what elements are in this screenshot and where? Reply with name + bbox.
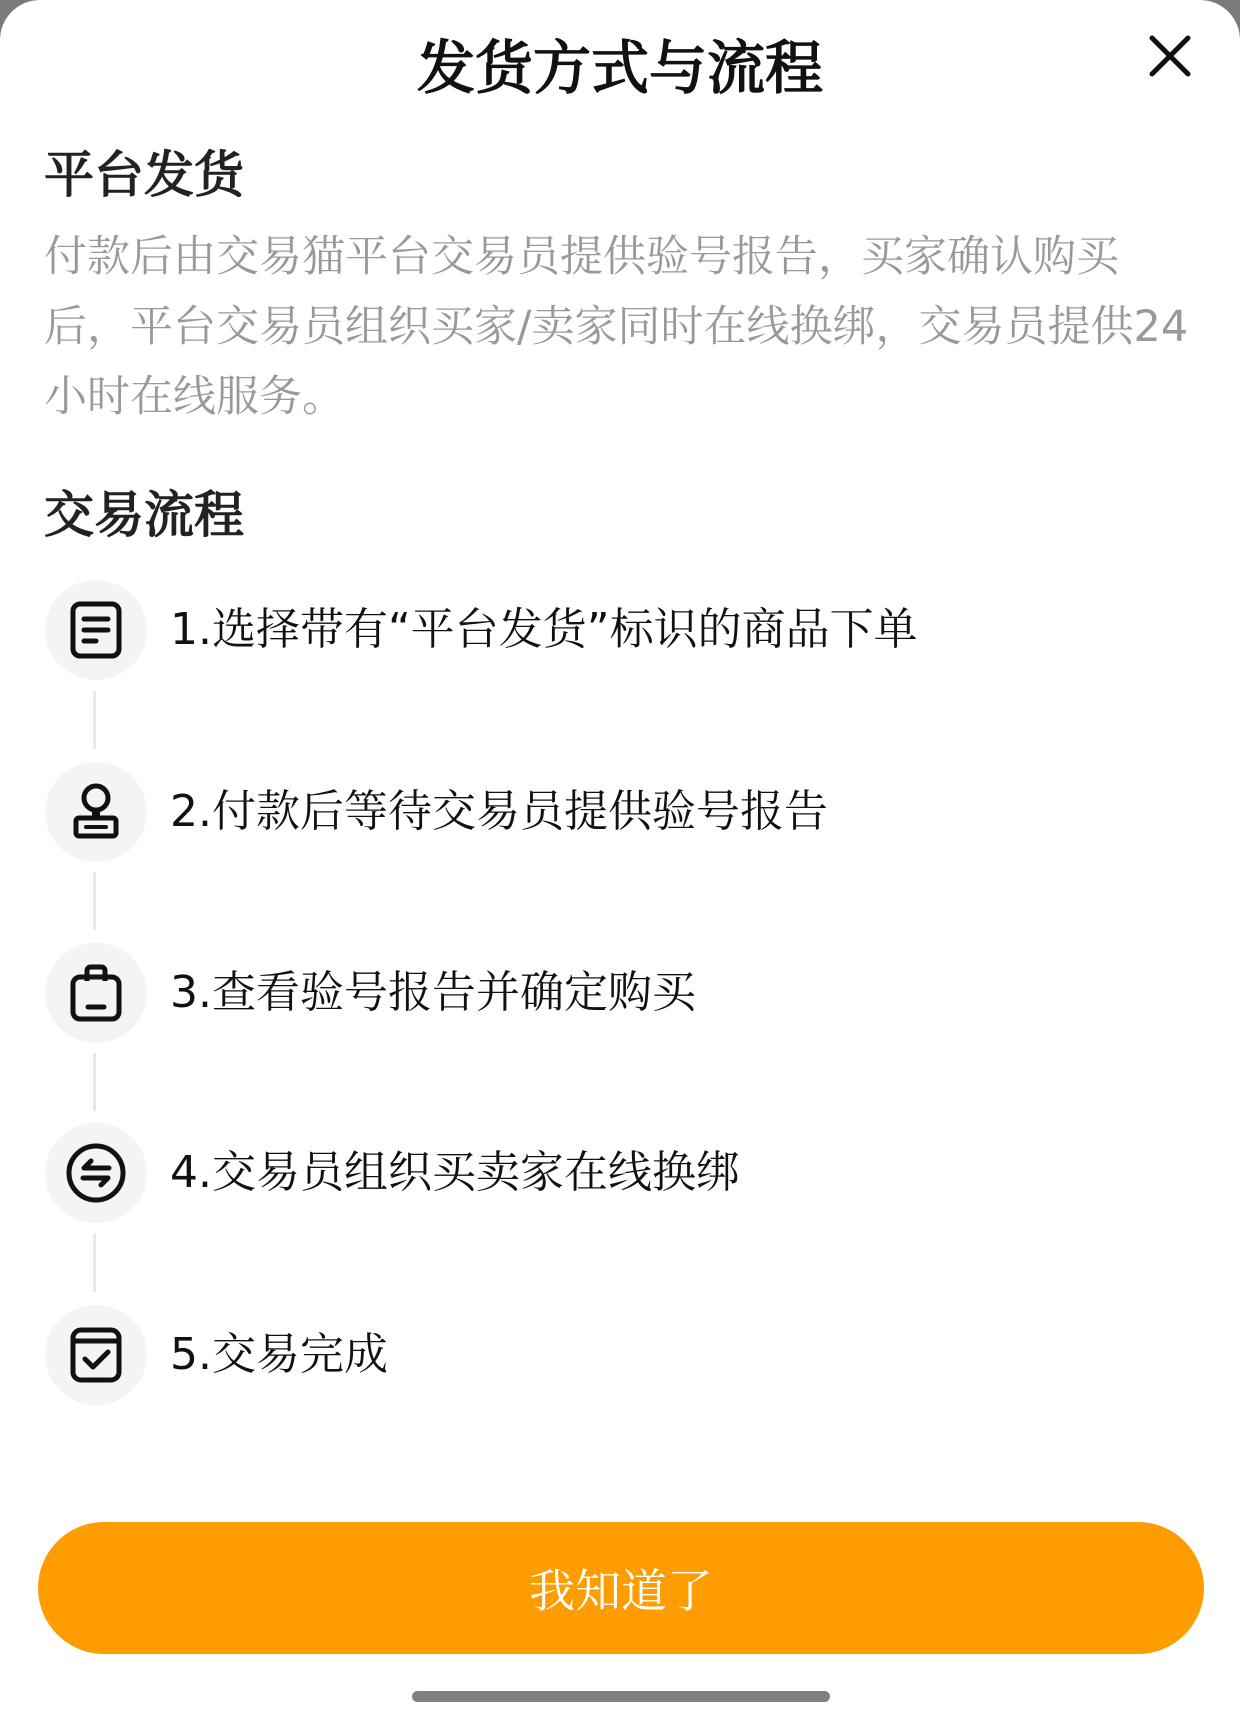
platform-shipping-description: 付款后由交易猫平台交易员提供验号报告，买家确认购买后，平台交易员组织买家/卖家同… <box>44 222 1204 432</box>
step-label: 3.查看验号报告并确定购买 <box>170 943 696 1043</box>
step-label: 5.交易完成 <box>170 1305 388 1405</box>
step-icon-circle <box>45 943 147 1043</box>
step-label: 1.选择带有“平台发货”标识的商品下单 <box>170 580 918 680</box>
flow-step-2: 2.付款后等待交易员提供验号报告 <box>45 762 1195 862</box>
shopping-bag-icon <box>68 963 124 1023</box>
step-icon-circle <box>45 762 147 862</box>
shipping-info-sheet: 发货方式与流程 平台发货 付款后由交易猫平台交易员提供验号报告，买家确认购买后，… <box>0 0 1240 1726</box>
step-connector <box>93 1053 96 1111</box>
box-check-icon <box>68 1325 124 1385</box>
step-connector <box>93 1234 96 1292</box>
dialog-title: 发货方式与流程 <box>0 28 1240 108</box>
step-icon-circle <box>45 1123 147 1223</box>
step-icon-circle <box>45 580 147 680</box>
exchange-arrows-icon <box>65 1142 127 1204</box>
flow-heading: 交易流程 <box>44 480 244 550</box>
home-indicator[interactable] <box>412 1691 830 1702</box>
stamp-icon <box>71 782 121 842</box>
got-it-button[interactable]: 我知道了 <box>38 1522 1204 1654</box>
close-icon <box>1142 28 1198 84</box>
flow-step-3: 3.查看验号报告并确定购买 <box>45 943 1195 1043</box>
flow-step-5: 5.交易完成 <box>45 1305 1195 1405</box>
step-icon-circle <box>45 1305 147 1405</box>
flow-step-4: 4.交易员组织买卖家在线换绑 <box>45 1123 1195 1223</box>
platform-shipping-heading: 平台发货 <box>44 140 244 210</box>
close-button[interactable] <box>1142 28 1198 84</box>
document-list-icon <box>68 600 124 660</box>
step-label: 4.交易员组织买卖家在线换绑 <box>170 1123 740 1223</box>
step-connector <box>93 691 96 749</box>
step-label: 2.付款后等待交易员提供验号报告 <box>170 762 828 862</box>
flow-step-1: 1.选择带有“平台发货”标识的商品下单 <box>45 580 1195 680</box>
step-connector <box>93 872 96 930</box>
